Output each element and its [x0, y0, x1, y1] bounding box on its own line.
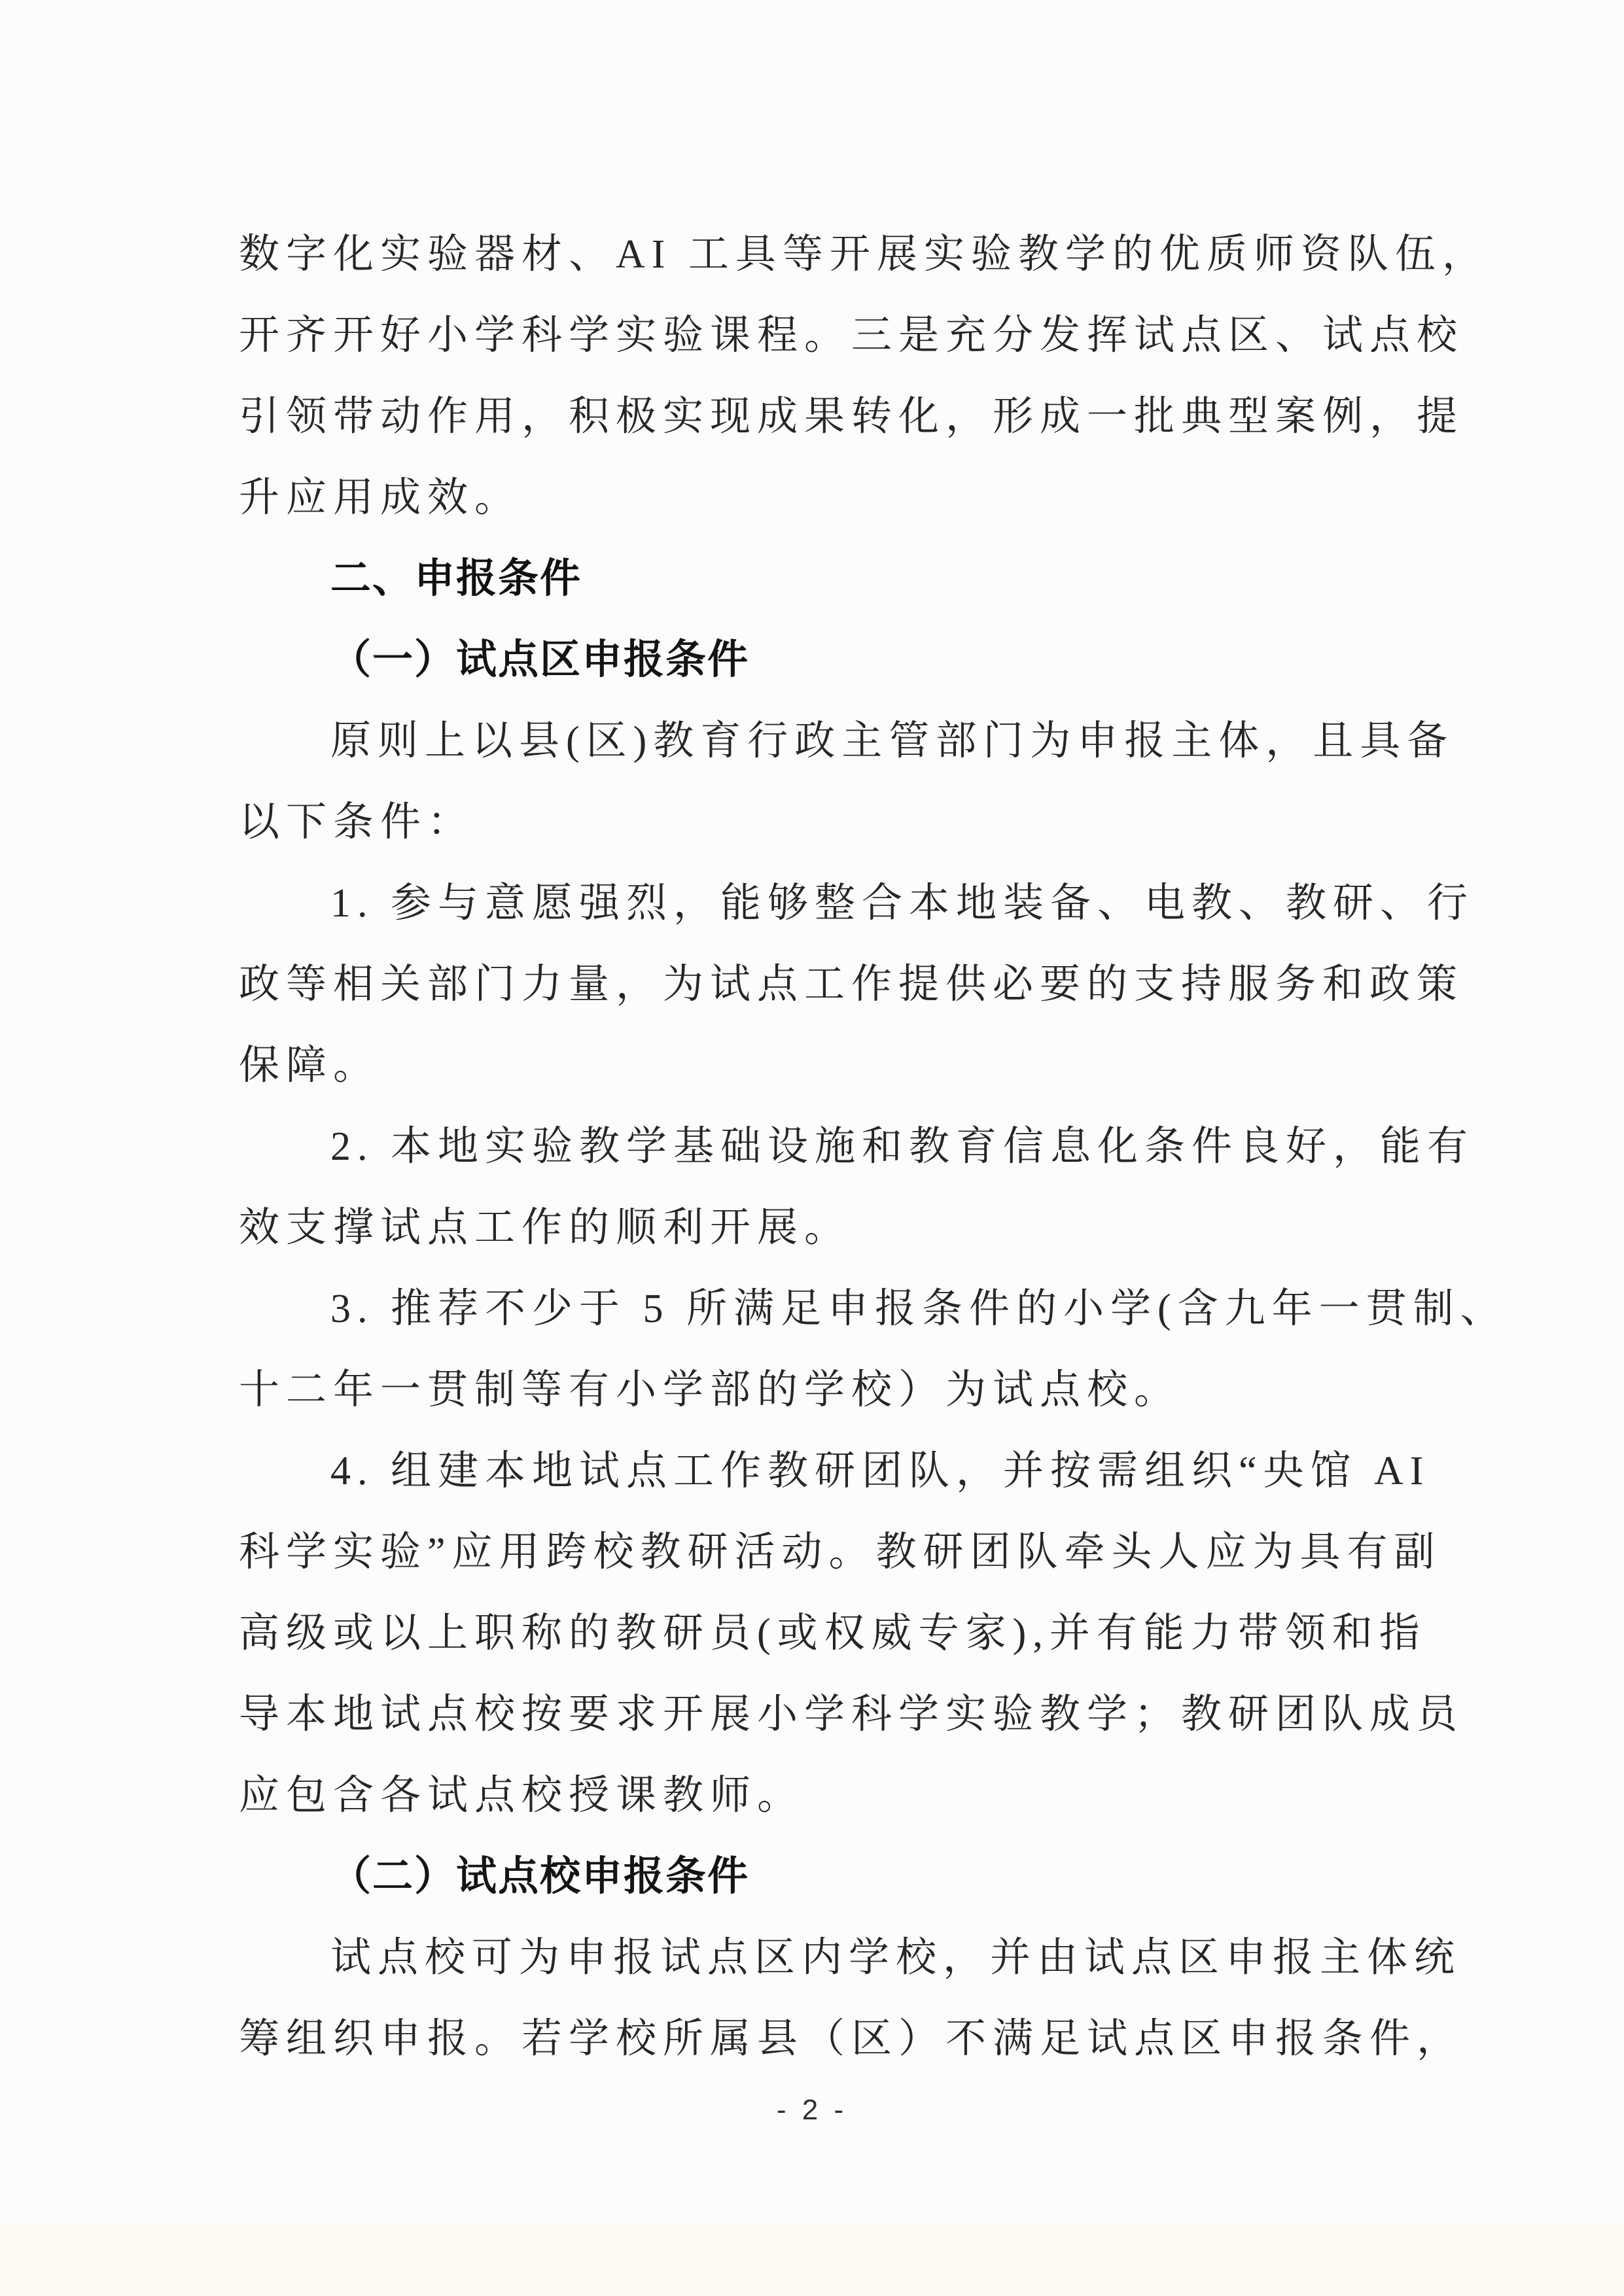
text-line-15: 十二年一贯制等有小学部的学校）为试点校。 [239, 1349, 1377, 1431]
text-line-18: 高级或以上职称的教研员(或权威专家),并有能力带领和指 [239, 1593, 1377, 1674]
text-line-5: 二、申报条件 [330, 538, 1377, 619]
text-line-16: 4. 组建本地试点工作教研团队，并按需组织“央馆 AI [330, 1431, 1377, 1512]
text-line-2: 开齐开好小学科学实验课程。三是充分发挥试点区、试点校 [239, 295, 1377, 376]
text-lines: 数字化实验器材、AI 工具等开展实验教学的优质师资队伍，开齐开好小学科学实验课程… [239, 214, 1377, 2079]
text-line-6: （一）试点区申报条件 [330, 619, 1377, 701]
document-page: 数字化实验器材、AI 工具等开展实验教学的优质师资队伍，开齐开好小学科学实验课程… [0, 0, 1624, 2296]
text-line-22: 试点校可为申报试点区内学校，并由试点区申报主体统 [330, 1917, 1377, 1998]
text-line-3: 引领带动作用，积极实现成果转化，形成一批典型案例，提 [239, 376, 1377, 457]
text-line-23: 筹组织申报。若学校所属县（区）不满足试点区申报条件， [239, 1998, 1377, 2079]
text-line-8: 以下条件： [239, 782, 1377, 863]
text-line-13: 效支撑试点工作的顺利开展。 [239, 1187, 1377, 1268]
scan-artifact-band [0, 2224, 1624, 2296]
text-line-17: 科学实验”应用跨校教研活动。教研团队牵头人应为具有副 [239, 1512, 1377, 1593]
page-number: - 2 - [0, 2091, 1624, 2130]
text-line-11: 保障。 [239, 1025, 1377, 1106]
text-line-1: 数字化实验器材、AI 工具等开展实验教学的优质师资队伍， [239, 214, 1377, 295]
text-line-20: 应包含各试点校授课教师。 [239, 1755, 1377, 1836]
text-line-4: 升应用成效。 [239, 457, 1377, 538]
text-line-9: 1. 参与意愿强烈，能够整合本地装备、电教、教研、行 [330, 863, 1377, 944]
text-line-21: （二）试点校申报条件 [330, 1836, 1377, 1917]
text-line-19: 导本地试点校按要求开展小学科学实验教学；教研团队成员 [239, 1674, 1377, 1755]
text-line-14: 3. 推荐不少于 5 所满足申报条件的小学(含九年一贯制、 [330, 1268, 1377, 1349]
text-line-10: 政等相关部门力量，为试点工作提供必要的支持服务和政策 [239, 944, 1377, 1025]
text-line-7: 原则上以县(区)教育行政主管部门为申报主体，且具备 [330, 701, 1377, 782]
text-line-12: 2. 本地实验教学基础设施和教育信息化条件良好，能有 [330, 1106, 1377, 1187]
